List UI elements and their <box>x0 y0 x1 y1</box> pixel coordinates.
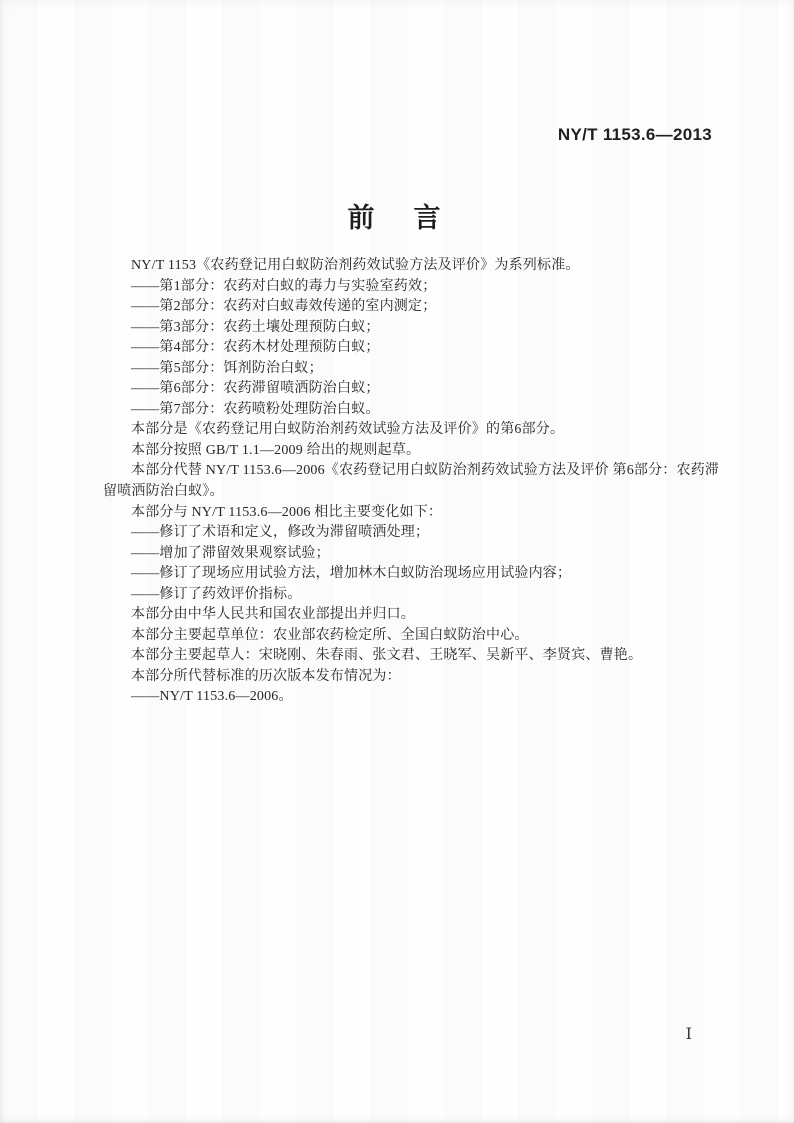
foreword-line: ——修订了药效评价指标。 <box>103 585 703 606</box>
foreword-line: ——第3部分：农药土壤处理预防白蚁； <box>103 318 703 339</box>
foreword-line: ——第5部分：饵剂防治白蚁； <box>103 359 703 380</box>
document-page: NY/T 1153.6—2013 前 言 NY/T 1153《农药登记用白蚁防治… <box>0 0 794 1123</box>
page-number: Ⅰ <box>686 1024 692 1044</box>
foreword-line: ——第4部分：农药木材处理预防白蚁； <box>103 338 703 359</box>
foreword-body: NY/T 1153《农药登记用白蚁防治剂药效试验方法及评价》为系列标准。 ——第… <box>103 256 703 708</box>
foreword-line: 本部分代替 NY/T 1153.6—2006《农药登记用白蚁防治剂药效试验方法及… <box>103 461 703 482</box>
foreword-line: 本部分主要起草单位：农业部农药检定所、全国白蚁防治中心。 <box>103 626 703 647</box>
foreword-line: 本部分主要起草人：宋晓刚、朱春雨、张文君、王晓军、吴新平、李贤宾、曹艳。 <box>103 646 703 667</box>
foreword-line: 留喷洒防治白蚁》。 <box>103 482 703 503</box>
foreword-line: NY/T 1153《农药登记用白蚁防治剂药效试验方法及评价》为系列标准。 <box>103 256 703 277</box>
foreword-line: 本部分与 NY/T 1153.6—2006 相比主要变化如下： <box>103 503 703 524</box>
foreword-line: ——第2部分：农药对白蚁毒效传递的室内测定； <box>103 297 703 318</box>
foreword-line: ——NY/T 1153.6—2006。 <box>103 687 703 708</box>
foreword-line: ——第1部分：农药对白蚁的毒力与实验室药效； <box>103 277 703 298</box>
foreword-line: 本部分是《农药登记用白蚁防治剂药效试验方法及评价》的第6部分。 <box>103 420 703 441</box>
standard-code: NY/T 1153.6—2013 <box>558 125 712 145</box>
foreword-line: 本部分由中华人民共和国农业部提出并归口。 <box>103 605 703 626</box>
foreword-line: ——增加了滞留效果观察试验； <box>103 544 703 565</box>
foreword-line: ——第7部分：农药喷粉处理防治白蚁。 <box>103 400 703 421</box>
page-title: 前 言 <box>0 196 794 235</box>
foreword-line: 本部分所代替标准的历次版本发布情况为： <box>103 667 703 688</box>
foreword-line: 本部分按照 GB/T 1.1—2009 给出的规则起草。 <box>103 441 703 462</box>
foreword-line: ——第6部分：农药滞留喷洒防治白蚁； <box>103 379 703 400</box>
foreword-line: ——修订了术语和定义，修改为滞留喷洒处理； <box>103 523 703 544</box>
foreword-line: ——修订了现场应用试验方法，增加林木白蚁防治现场应用试验内容； <box>103 564 703 585</box>
